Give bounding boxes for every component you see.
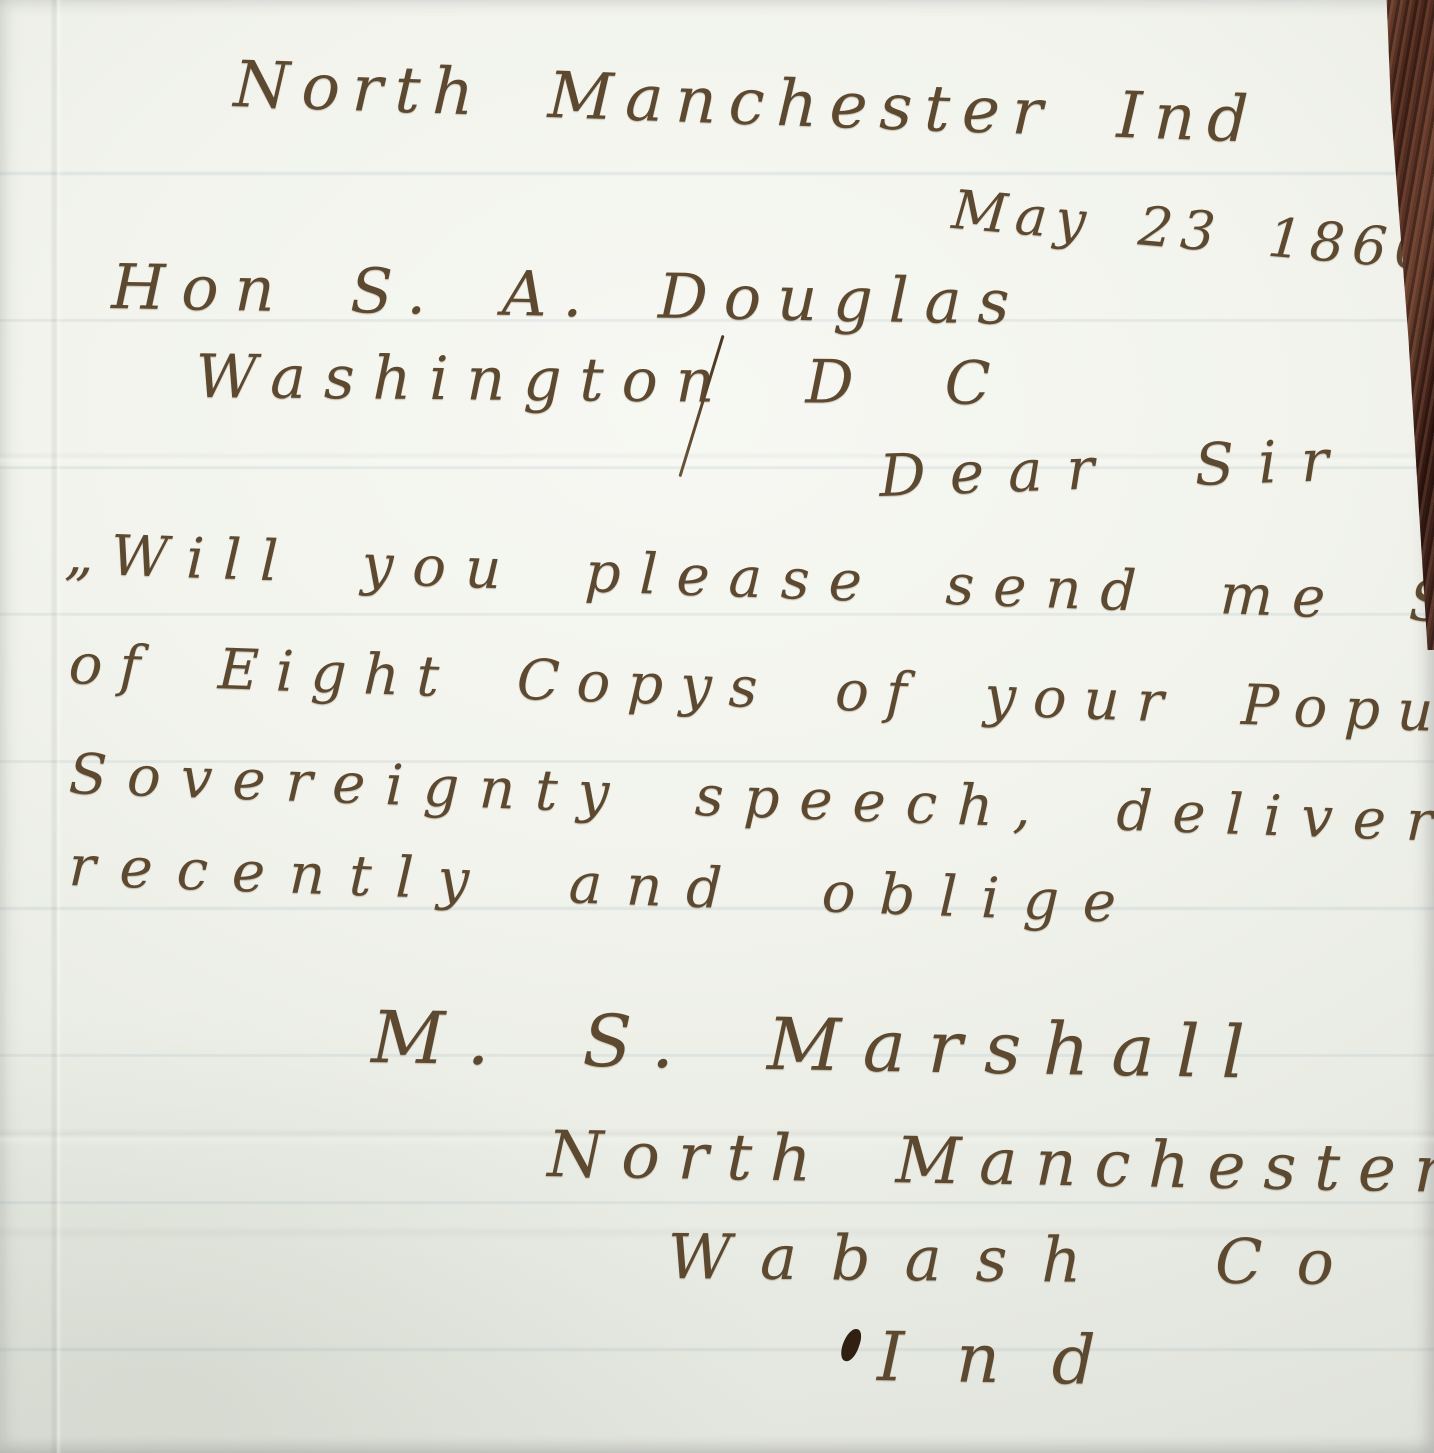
ink-blot <box>838 1326 864 1363</box>
body-line-1: „Will you please send me Six <box>64 522 1434 639</box>
body-line-4: recently and oblige <box>68 834 1141 936</box>
date-line: May 23 1860. <box>950 178 1434 285</box>
recipient-address-line: Washington D C <box>195 342 1009 419</box>
paper-ruled-lines <box>0 0 1434 1453</box>
body-line-3: Sovereignty speech, delivered <box>68 742 1434 859</box>
pen-flourish-slash <box>678 335 724 477</box>
body-line-2: of Eight Copys of your Popular <box>68 632 1434 750</box>
place-line: North Manchester Ind <box>232 48 1261 158</box>
signature-county: Wabash Co <box>667 1220 1368 1299</box>
letter-photo: North Manchester Ind May 23 1860. Hon S.… <box>0 0 1434 1453</box>
table-edge-wood <box>1370 0 1434 650</box>
signature-place: North Manchester <box>547 1118 1434 1208</box>
paper-creases <box>0 0 1434 1453</box>
salutation-line: Dear Sir <box>878 425 1354 509</box>
signature-state: Ind <box>877 1318 1149 1402</box>
recipient-name-line: Hon S. A. Douglas <box>111 250 1026 339</box>
signature-name: M. S. Marshall <box>371 995 1268 1095</box>
